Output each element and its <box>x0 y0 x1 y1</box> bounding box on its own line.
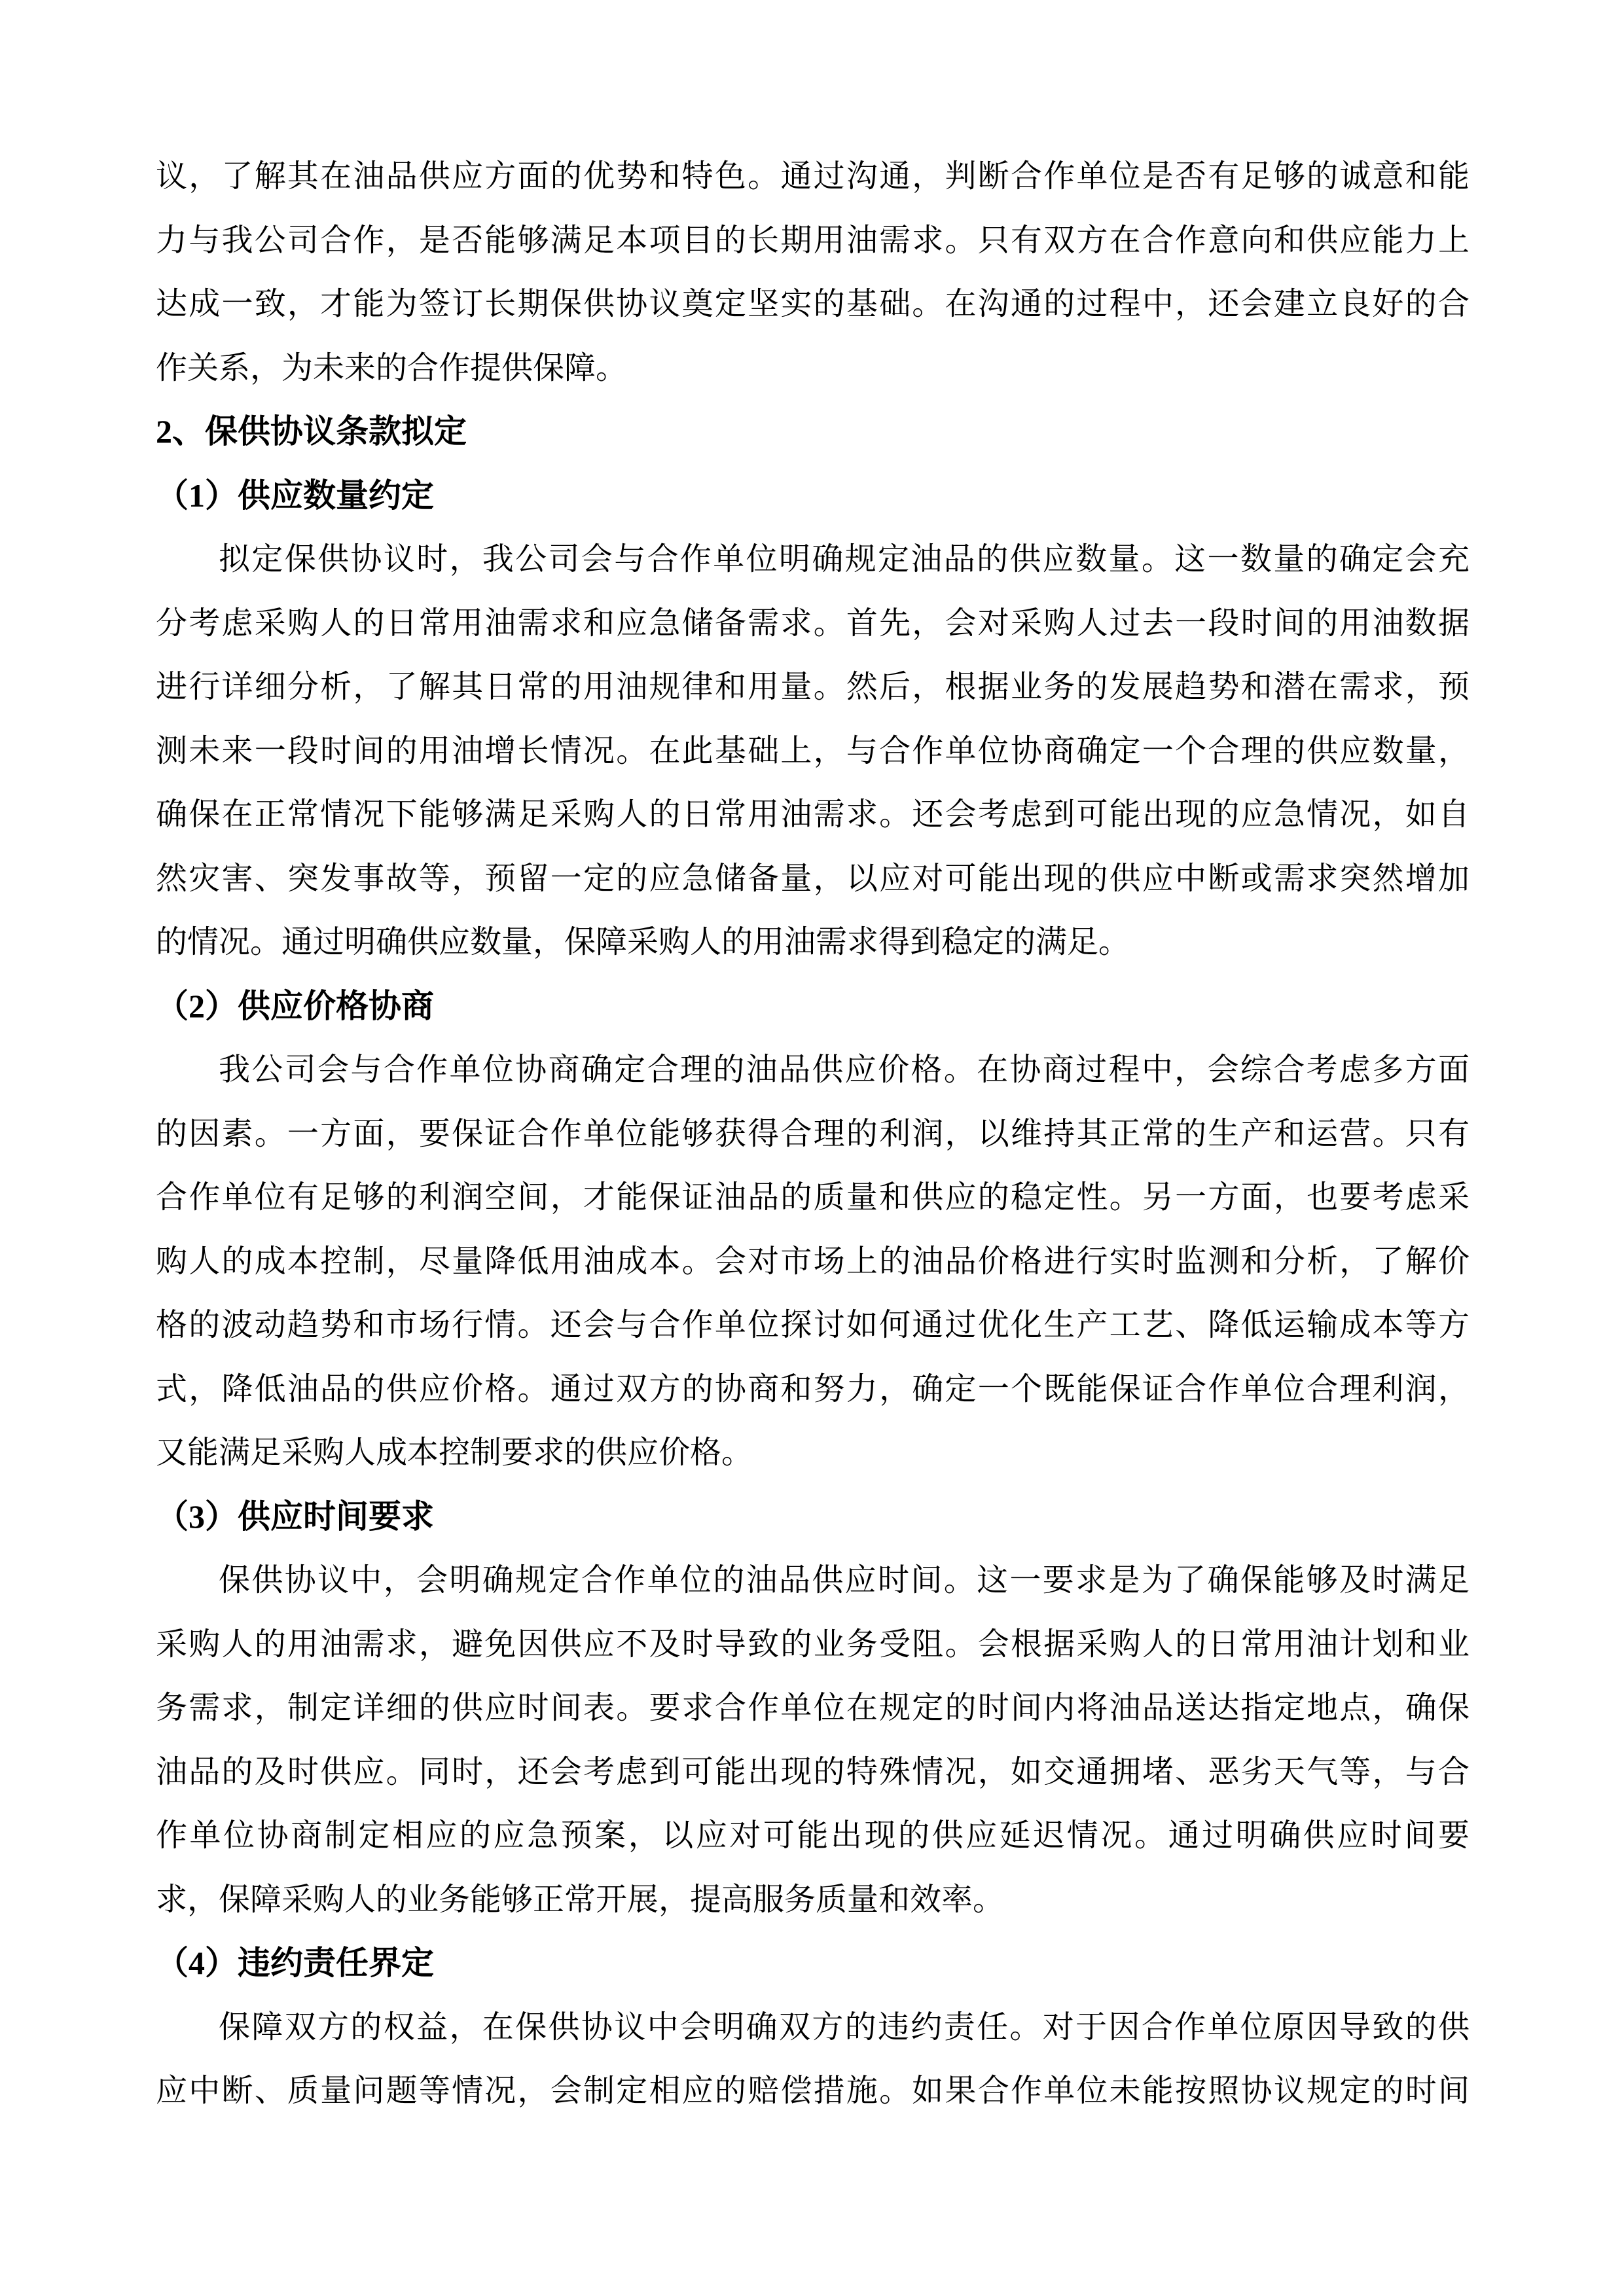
paragraph-3-line: 的因素。一方面，要保证合作单位能够获得合理的利润，以维持其正常的生产和运营。只有 <box>156 1102 1470 1166</box>
paragraph-2-line: 拟定保供协议时，我公司会与合作单位明确规定油品的供应数量。这一数量的确定会充 <box>156 528 1470 592</box>
paragraph-2-line: 进行详细分析，了解其日常的用油规律和用量。然后，根据业务的发展趋势和潜在需求，预 <box>156 655 1470 719</box>
paragraph-3-line: 格的波动趋势和市场行情。还会与合作单位探讨如何通过优化生产工艺、降低运输成本等方 <box>156 1293 1470 1357</box>
document-body: 议，了解其在油品供应方面的优势和特色。通过沟通，判断合作单位是否有足够的诚意和能… <box>156 145 1470 2123</box>
subsection-heading-1: （1）供应数量约定 <box>156 464 1470 528</box>
paragraph-4-line: 求，保障采购人的业务能够正常开展，提高服务质量和效率。 <box>156 1868 1470 1932</box>
paragraph-4-line: 油品的及时供应。同时，还会考虑到可能出现的特殊情况，如交通拥堵、恶劣天气等，与合 <box>156 1740 1470 1804</box>
paragraph-4-line: 保供协议中，会明确规定合作单位的油品供应时间。这一要求是为了确保能够及时满足 <box>156 1549 1470 1613</box>
paragraph-4-line: 采购人的用油需求，避免因供应不及时导致的业务受阻。会根据采购人的日常用油计划和业 <box>156 1613 1470 1677</box>
subsection-heading-3: （3）供应时间要求 <box>156 1485 1470 1549</box>
paragraph-5-line: 保障双方的权益，在保供协议中会明确双方的违约责任。对于因合作单位原因导致的供 <box>156 1996 1470 2060</box>
paragraph-2-line: 然灾害、突发事故等，预留一定的应急储备量，以应对可能出现的供应中断或需求突然增加 <box>156 847 1470 911</box>
paragraph-3-line: 我公司会与合作单位协商确定合理的油品供应价格。在协商过程中，会综合考虑多方面 <box>156 1038 1470 1102</box>
paragraph-2-line: 确保在正常情况下能够满足采购人的日常用油需求。还会考虑到可能出现的应急情况，如自 <box>156 783 1470 847</box>
paragraph-2-line: 的情况。通过明确供应数量，保障采购人的用油需求得到稳定的满足。 <box>156 910 1470 975</box>
paragraph-1-line: 作关系，为未来的合作提供保障。 <box>156 336 1470 401</box>
paragraph-3-line: 又能满足采购人成本控制要求的供应价格。 <box>156 1421 1470 1485</box>
paragraph-3-line: 购人的成本控制，尽量降低用油成本。会对市场上的油品价格进行实时监测和分析，了解价 <box>156 1230 1470 1294</box>
paragraph-1-line: 力与我公司合作，是否能够满足本项目的长期用油需求。只有双方在合作意向和供应能力上 <box>156 209 1470 273</box>
paragraph-2-line: 测未来一段时间的用油增长情况。在此基础上，与合作单位协商确定一个合理的供应数量， <box>156 719 1470 783</box>
subsection-heading-2: （2）供应价格协商 <box>156 975 1470 1039</box>
paragraph-2-line: 分考虑采购人的日常用油需求和应急储备需求。首先，会对采购人过去一段时间的用油数据 <box>156 592 1470 656</box>
paragraph-1-line: 议，了解其在油品供应方面的优势和特色。通过沟通，判断合作单位是否有足够的诚意和能 <box>156 145 1470 209</box>
paragraph-4-line: 作单位协商制定相应的应急预案，以应对可能出现的供应延迟情况。通过明确供应时间要 <box>156 1804 1470 1868</box>
paragraph-3-line: 合作单位有足够的利润空间，才能保证油品的质量和供应的稳定性。另一方面，也要考虑采 <box>156 1166 1470 1230</box>
paragraph-4-line: 务需求，制定详细的供应时间表。要求合作单位在规定的时间内将油品送达指定地点，确保 <box>156 1676 1470 1740</box>
section-heading-2: 2、保供协议条款拟定 <box>156 400 1470 464</box>
subsection-heading-4: （4）违约责任界定 <box>156 1931 1470 1996</box>
document-page: 议，了解其在油品供应方面的优势和特色。通过沟通，判断合作单位是否有足够的诚意和能… <box>0 0 1624 2296</box>
paragraph-3-line: 式，降低油品的供应价格。通过双方的协商和努力，确定一个既能保证合作单位合理利润， <box>156 1357 1470 1422</box>
paragraph-1-line: 达成一致，才能为签订长期保供协议奠定坚实的基础。在沟通的过程中，还会建立良好的合 <box>156 272 1470 336</box>
paragraph-5-line: 应中断、质量问题等情况，会制定相应的赔偿措施。如果合作单位未能按照协议规定的时间 <box>156 2059 1470 2123</box>
